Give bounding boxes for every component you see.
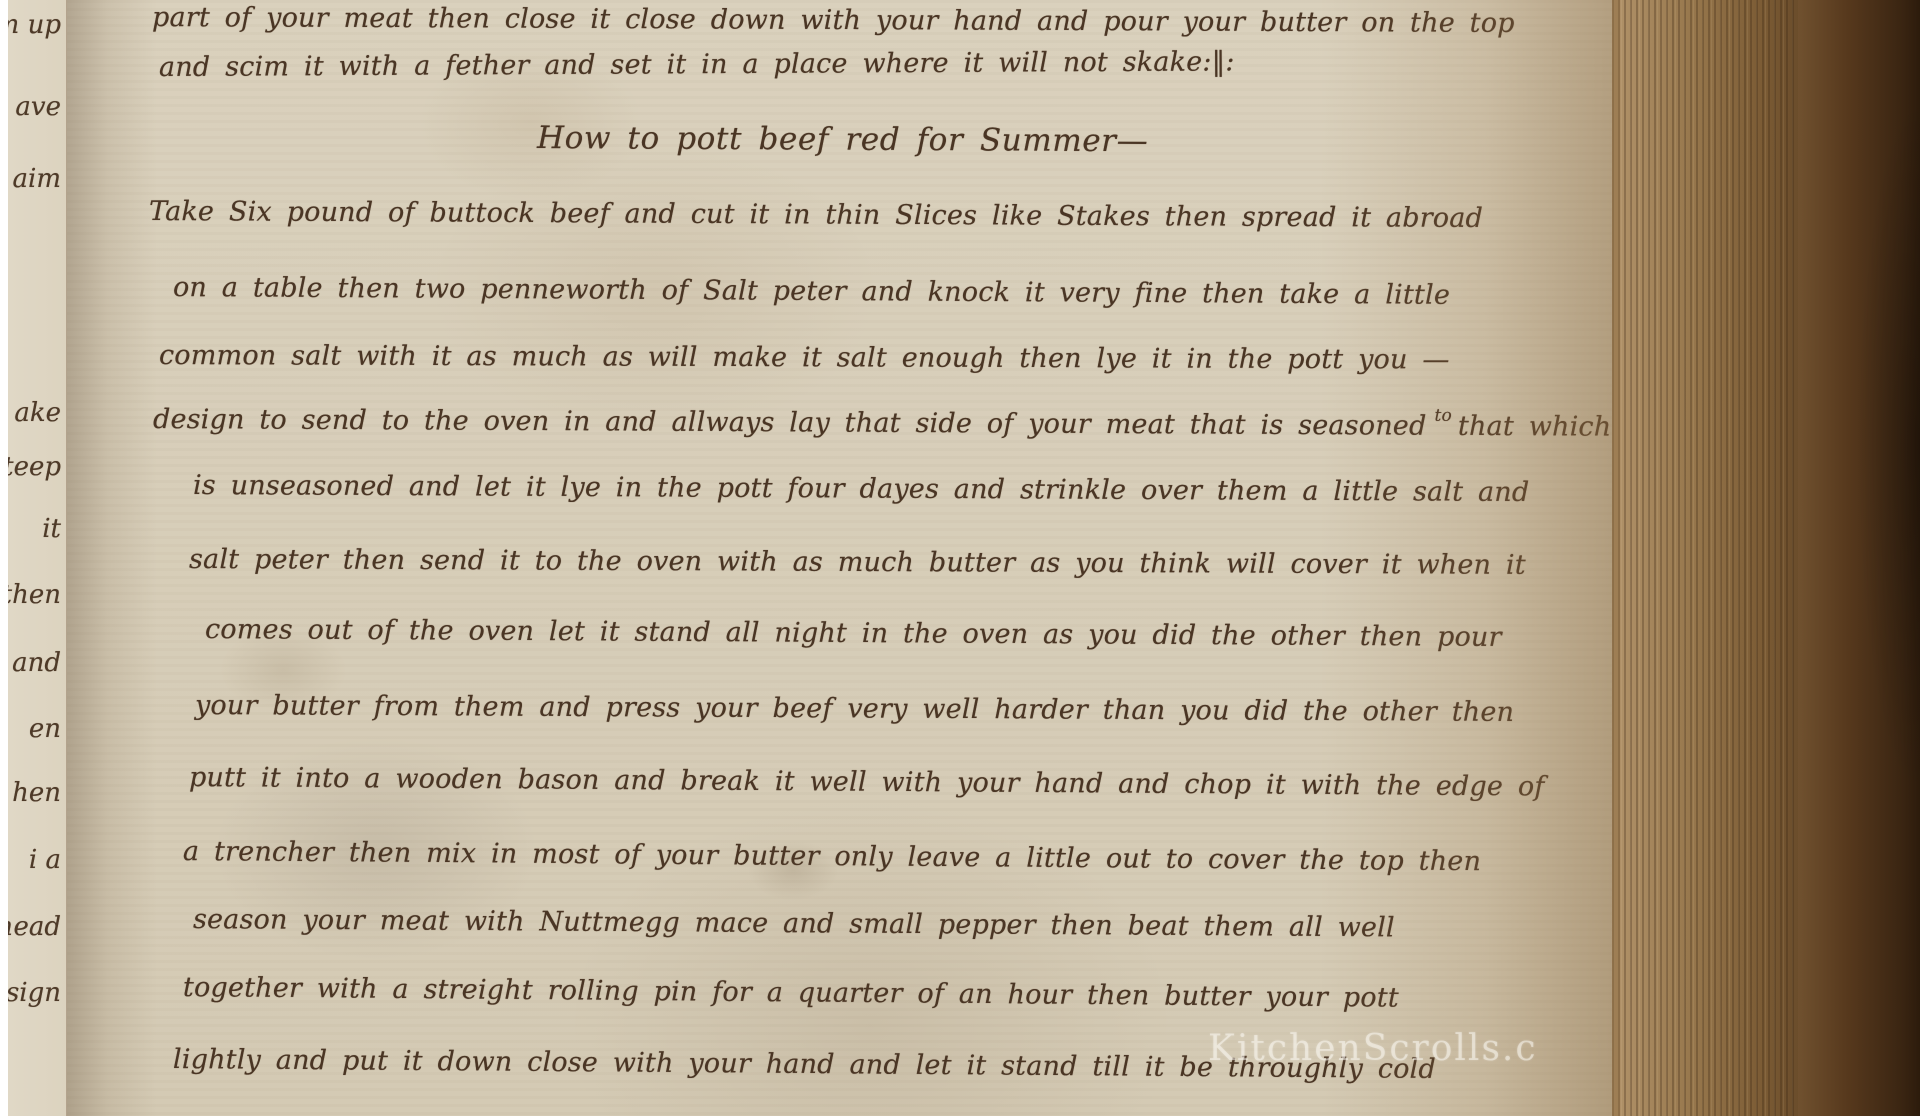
manuscript-line: season your meat with Nuttmegg mace and … bbox=[193, 904, 1395, 943]
manuscript-line-text: design to send to the oven in and allway… bbox=[153, 404, 1427, 442]
manuscript-line: and scim it with a fether and set it in … bbox=[159, 46, 1235, 83]
watermark: KitchenScrolls.c bbox=[1208, 1028, 1538, 1069]
page-edge-stack bbox=[1612, 0, 1798, 1116]
facing-page-fragment: ake bbox=[14, 398, 61, 428]
manuscript-line: your butter from them and press your bee… bbox=[195, 690, 1514, 728]
facing-page-fragment: ave bbox=[15, 92, 61, 122]
manuscript-line: design to send to the oven in and allway… bbox=[153, 404, 1612, 443]
manuscript-line: together with a streight rolling pin for… bbox=[183, 972, 1399, 1014]
manuscript-line: is unseasoned and let it lye in the pott… bbox=[193, 470, 1530, 508]
facing-page-fragment: design bbox=[8, 978, 61, 1008]
manuscript-line: salt peter then send it to the oven with… bbox=[189, 544, 1526, 581]
manuscript-line: a trencher then mix in most of your butt… bbox=[183, 836, 1481, 877]
manuscript-page: part of your meat then close it close do… bbox=[67, 0, 1612, 1116]
facing-page-fragment: r and bbox=[8, 648, 61, 678]
facing-page-fragment: i a bbox=[29, 845, 61, 875]
facing-page-fragment: head bbox=[8, 912, 61, 942]
manuscript-line: comes out of the oven let it stand all n… bbox=[205, 614, 1502, 653]
manuscript-line: on a table then two penneworth of Salt p… bbox=[173, 272, 1450, 311]
facing-page-fragment: hen bbox=[12, 778, 61, 808]
recipe-title: How to pott beef red for Summer— bbox=[537, 120, 1148, 159]
manuscript-line-text: that which bbox=[1458, 411, 1612, 443]
manuscript-line: part of your meat then close it close do… bbox=[152, 2, 1515, 39]
leather-cover-edge bbox=[1798, 0, 1920, 1116]
interlinear-insertion: to bbox=[1435, 406, 1453, 426]
facing-page-fragment: o then bbox=[8, 580, 61, 610]
facing-page-fragment: it bbox=[42, 514, 61, 544]
book-photo: em up ave aim ake Steep it o then r and … bbox=[0, 0, 1920, 1116]
manuscript-line: common salt with it as much as will make… bbox=[159, 340, 1450, 376]
manuscript-line: putt it into a wooden bason and break it… bbox=[189, 762, 1545, 802]
facing-page-fragment: Steep bbox=[8, 452, 61, 482]
facing-page-sliver: em up ave aim ake Steep it o then r and … bbox=[8, 0, 67, 1116]
manuscript-line: Take Six pound of buttock beef and cut i… bbox=[149, 196, 1483, 234]
facing-page-fragment: en bbox=[29, 714, 61, 744]
facing-page-fragment: aim bbox=[13, 164, 61, 194]
facing-page-fragment: em up bbox=[8, 10, 61, 40]
